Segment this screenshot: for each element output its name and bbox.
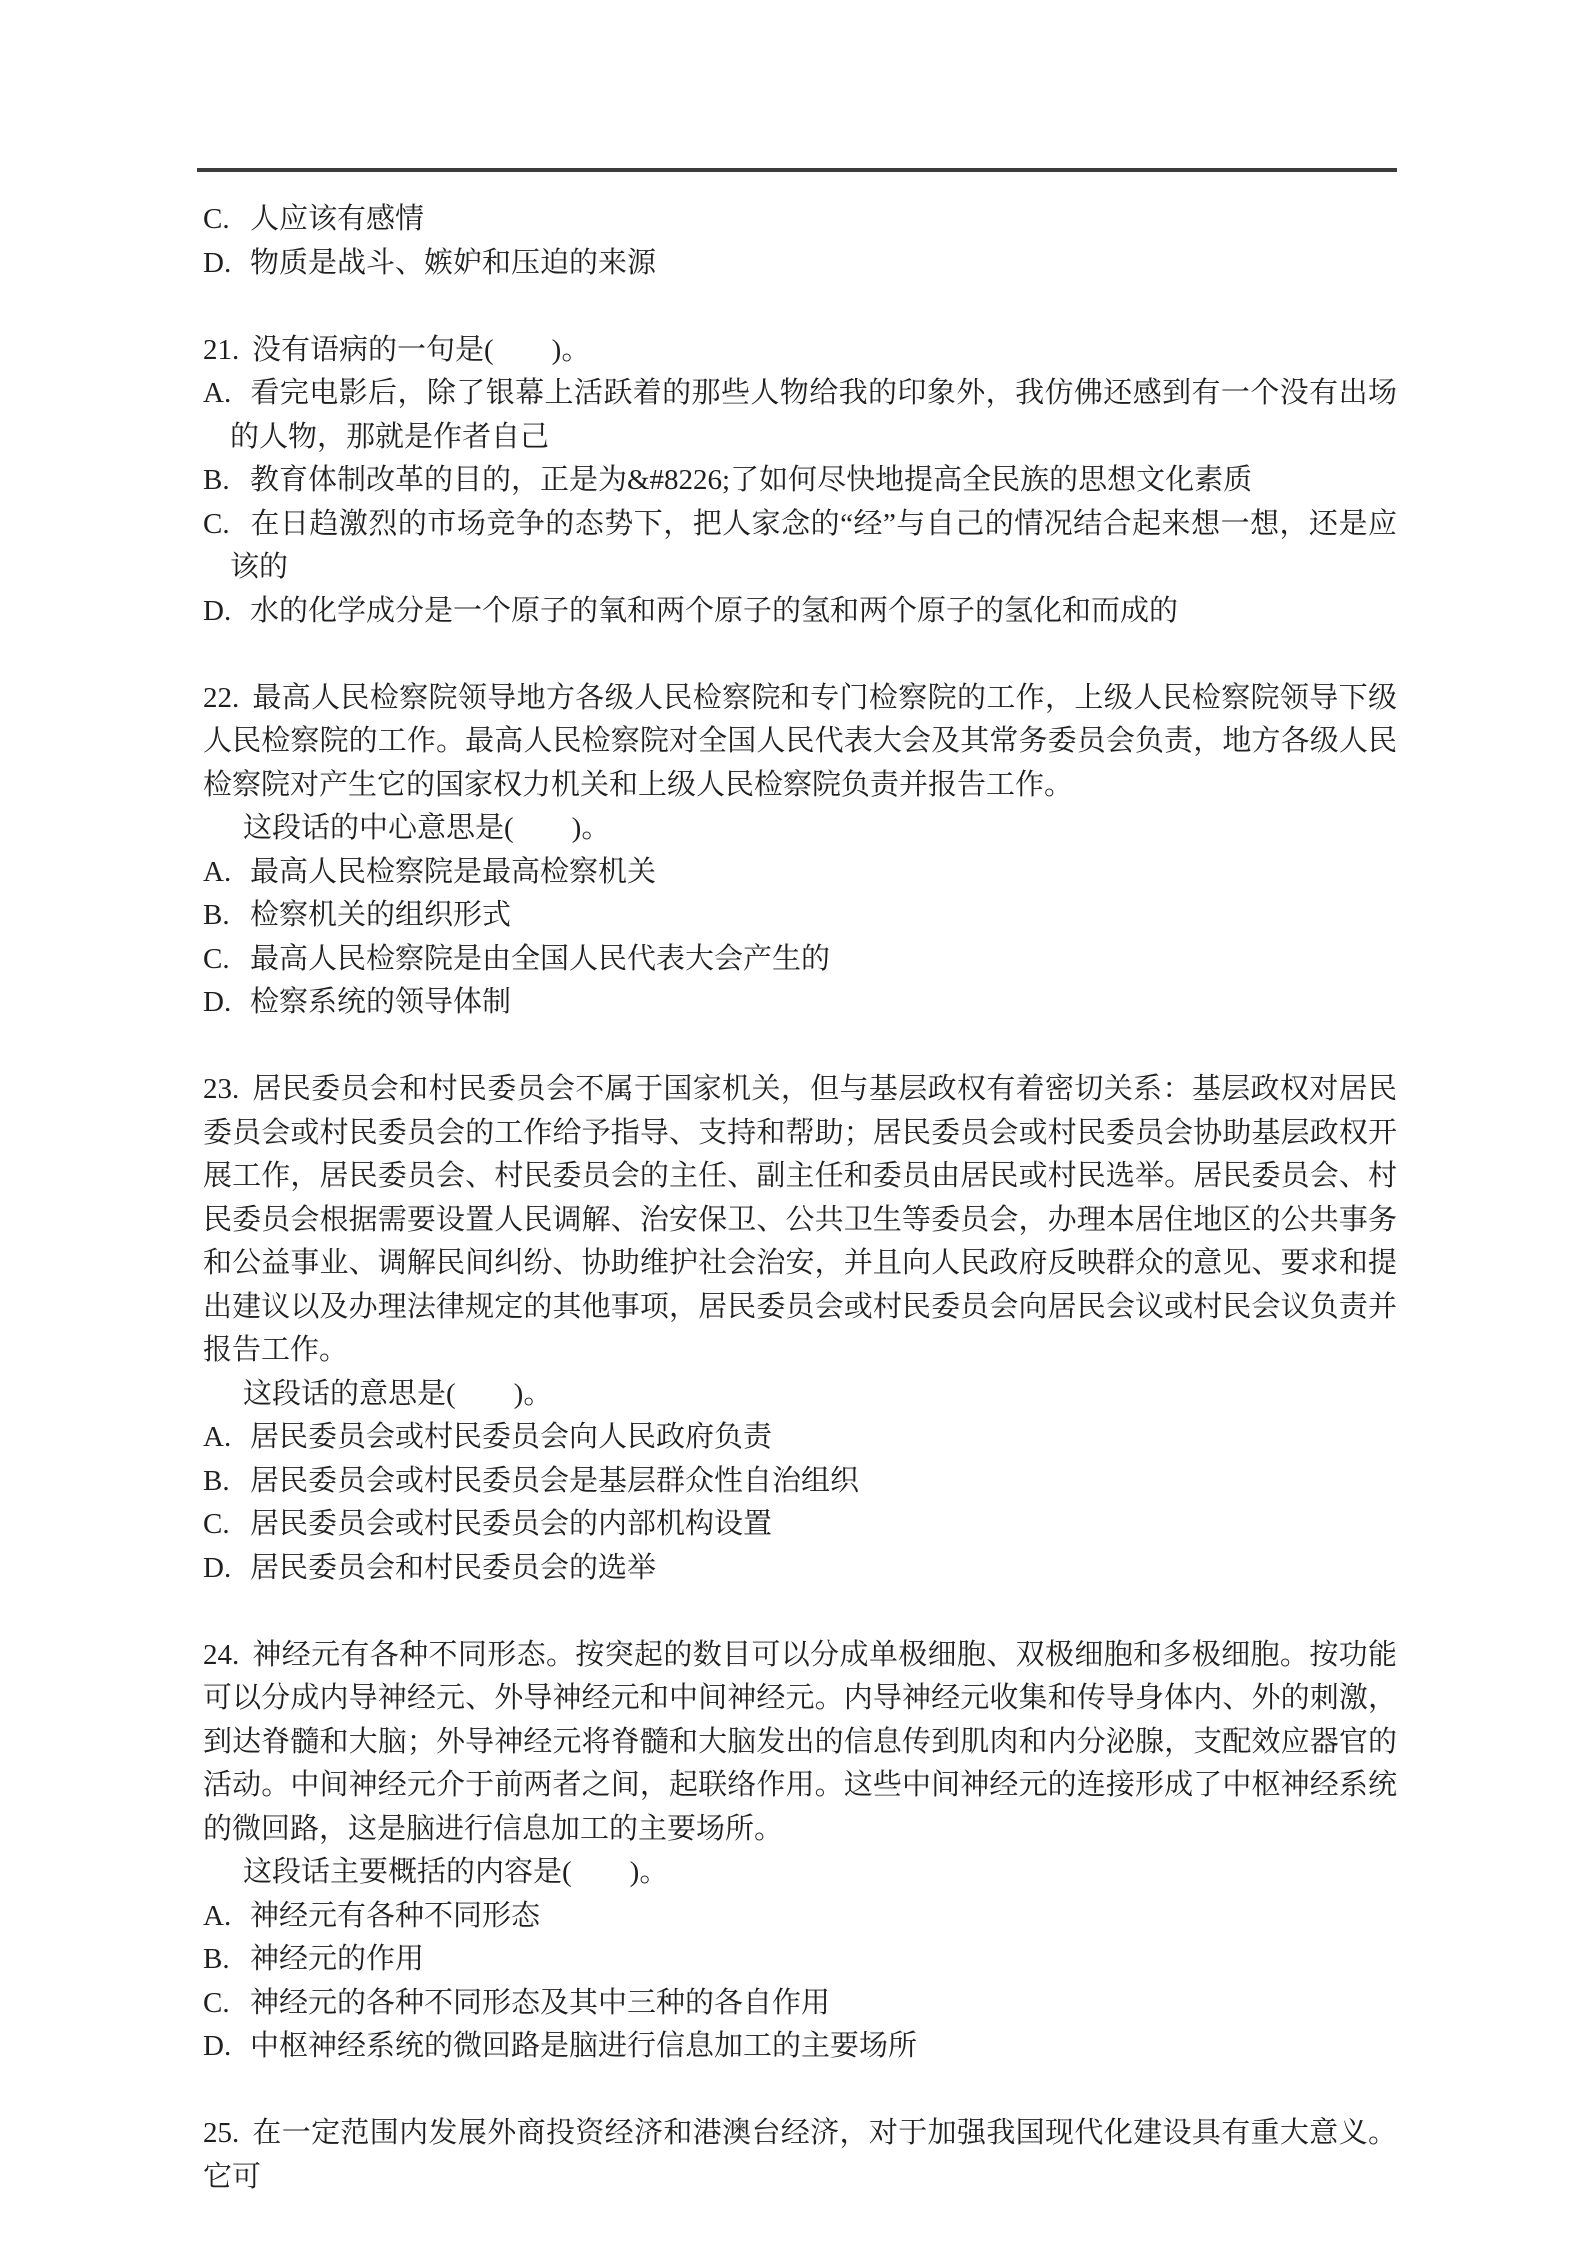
- question-stem-text: 没有语病的一句是( )。: [252, 334, 590, 366]
- option-label: A.: [203, 372, 250, 416]
- option-text: 神经元的各种不同形态及其中三种的各自作用: [250, 1987, 830, 2019]
- option-text: 物质是战斗、嫉妒和压迫的来源: [250, 247, 656, 279]
- option-row: D.居民委员会和村民委员会的选举: [203, 1547, 1397, 1591]
- question-stem-text: 神经元有各种不同形态。按突起的数目可以分成单极细胞、双极细胞和多极细胞。按功能可…: [203, 1639, 1397, 1845]
- option-text: 居民委员会或村民委员会向人民政府负责: [250, 1421, 772, 1453]
- option-row: B.教育体制改革的目的，正是为&#8226;了如何尽快地提高全民族的思想文化素质: [203, 459, 1397, 503]
- option-text: 神经元有各种不同形态: [250, 1900, 540, 1932]
- option-row: C.在日趋激烈的市场竞争的态势下，把人家念的“经”与自己的情况结合起来想一想，还…: [203, 503, 1397, 590]
- option-label: D.: [203, 2025, 250, 2069]
- option-text: 最高人民检察院是最高检察机关: [250, 856, 656, 888]
- option-text: 看完电影后，除了银幕上活跃着的那些人物给我的印象外，我仿佛还感到有一个没有出场的…: [230, 377, 1397, 453]
- option-text: 在日趋激烈的市场竞争的态势下，把人家念的“经”与自己的情况结合起来想一想，还是应…: [230, 508, 1397, 584]
- option-row: A.最高人民检察院是最高检察机关: [203, 851, 1397, 895]
- option-row: D.检察系统的领导体制: [203, 981, 1397, 1025]
- option-row: A.看完电影后，除了银幕上活跃着的那些人物给我的印象外，我仿佛还感到有一个没有出…: [203, 372, 1397, 459]
- option-text: 水的化学成分是一个原子的氧和两个原子的氢和两个原子的氢化和而成的: [250, 595, 1178, 627]
- option-label: D.: [203, 981, 250, 1025]
- option-text: 中枢神经系统的微回路是脑进行信息加工的主要场所: [250, 2030, 917, 2062]
- option-label: C.: [203, 503, 250, 547]
- option-label: C.: [203, 938, 250, 982]
- option-row: C.神经元的各种不同形态及其中三种的各自作用: [203, 1982, 1397, 2026]
- option-text: 居民委员会或村民委员会是基层群众性自治组织: [250, 1465, 859, 1497]
- question-stem-text: 在一定范围内发展外商投资经济和港澳台经济，对于加强我国现代化建设具有重大意义。它…: [203, 2117, 1397, 2193]
- question-number: 24.: [203, 1634, 252, 1678]
- question-prompt: 这段话主要概括的内容是( )。: [203, 1851, 1397, 1895]
- question-prompt: 这段话的中心意思是( )。: [203, 807, 1397, 851]
- option-text: 教育体制改革的目的，正是为&#8226;了如何尽快地提高全民族的思想文化素质: [250, 464, 1252, 496]
- option-label: A.: [203, 851, 250, 895]
- option-label: B.: [203, 1460, 250, 1504]
- option-row: D.物质是战斗、嫉妒和压迫的来源: [203, 242, 1397, 286]
- document-body: C.人应该有感情 D.物质是战斗、嫉妒和压迫的来源 21.没有语病的一句是( )…: [203, 198, 1397, 2199]
- option-row: B.检察机关的组织形式: [203, 894, 1397, 938]
- option-text: 居民委员会和村民委员会的选举: [250, 1552, 656, 1584]
- question-21: 21.没有语病的一句是( )。 A.看完电影后，除了银幕上活跃着的那些人物给我的…: [203, 329, 1397, 634]
- question-number: 25.: [203, 2112, 252, 2156]
- page-header-rule: [197, 168, 1397, 172]
- option-label: A.: [203, 1416, 250, 1460]
- question-25: 25.在一定范围内发展外商投资经济和港澳台经济，对于加强我国现代化建设具有重大意…: [203, 2112, 1397, 2199]
- option-row: B.居民委员会或村民委员会是基层群众性自治组织: [203, 1460, 1397, 1504]
- question-number: 21.: [203, 329, 252, 373]
- question-number: 23.: [203, 1068, 252, 1112]
- option-label: C.: [203, 1982, 250, 2026]
- question-stem: 22.最高人民检察院领导地方各级人民检察院和专门检察院的工作，上级人民检察院领导…: [203, 677, 1397, 808]
- option-row: B.神经元的作用: [203, 1938, 1397, 1982]
- question-20-tail: C.人应该有感情 D.物质是战斗、嫉妒和压迫的来源: [203, 198, 1397, 285]
- option-label: D.: [203, 590, 250, 634]
- option-row: D.中枢神经系统的微回路是脑进行信息加工的主要场所: [203, 2025, 1397, 2069]
- question-24: 24.神经元有各种不同形态。按突起的数目可以分成单极细胞、双极细胞和多极细胞。按…: [203, 1634, 1397, 2069]
- question-prompt: 这段话的意思是( )。: [203, 1373, 1397, 1417]
- option-text: 人应该有感情: [250, 203, 424, 235]
- option-row: C.居民委员会或村民委员会的内部机构设置: [203, 1503, 1397, 1547]
- option-row: C.人应该有感情: [203, 198, 1397, 242]
- option-label: D.: [203, 242, 250, 286]
- option-text: 神经元的作用: [250, 1943, 424, 1975]
- option-label: A.: [203, 1895, 250, 1939]
- option-row: A.居民委员会或村民委员会向人民政府负责: [203, 1416, 1397, 1460]
- question-stem-text: 最高人民检察院领导地方各级人民检察院和专门检察院的工作，上级人民检察院领导下级人…: [203, 682, 1397, 801]
- question-number: 22.: [203, 677, 252, 721]
- question-22: 22.最高人民检察院领导地方各级人民检察院和专门检察院的工作，上级人民检察院领导…: [203, 677, 1397, 1025]
- option-row: C.最高人民检察院是由全国人民代表大会产生的: [203, 938, 1397, 982]
- question-23: 23.居民委员会和村民委员会不属于国家机关，但与基层政权有着密切关系：基层政权对…: [203, 1068, 1397, 1590]
- question-stem: 23.居民委员会和村民委员会不属于国家机关，但与基层政权有着密切关系：基层政权对…: [203, 1068, 1397, 1373]
- option-text: 居民委员会或村民委员会的内部机构设置: [250, 1508, 772, 1540]
- option-label: C.: [203, 1503, 250, 1547]
- option-text: 最高人民检察院是由全国人民代表大会产生的: [250, 943, 830, 975]
- option-text: 检察系统的领导体制: [250, 986, 511, 1018]
- option-row: D.水的化学成分是一个原子的氧和两个原子的氢和两个原子的氢化和而成的: [203, 590, 1397, 634]
- option-row: A.神经元有各种不同形态: [203, 1895, 1397, 1939]
- option-label: B.: [203, 1938, 250, 1982]
- question-stem: 25.在一定范围内发展外商投资经济和港澳台经济，对于加强我国现代化建设具有重大意…: [203, 2112, 1397, 2199]
- question-stem: 24.神经元有各种不同形态。按突起的数目可以分成单极细胞、双极细胞和多极细胞。按…: [203, 1634, 1397, 1852]
- option-text: 检察机关的组织形式: [250, 899, 511, 931]
- option-label: D.: [203, 1547, 250, 1591]
- question-stem-text: 居民委员会和村民委员会不属于国家机关，但与基层政权有着密切关系：基层政权对居民委…: [203, 1073, 1397, 1366]
- option-label: C.: [203, 198, 250, 242]
- question-stem: 21.没有语病的一句是( )。: [203, 329, 1397, 373]
- option-label: B.: [203, 894, 250, 938]
- option-label: B.: [203, 459, 250, 503]
